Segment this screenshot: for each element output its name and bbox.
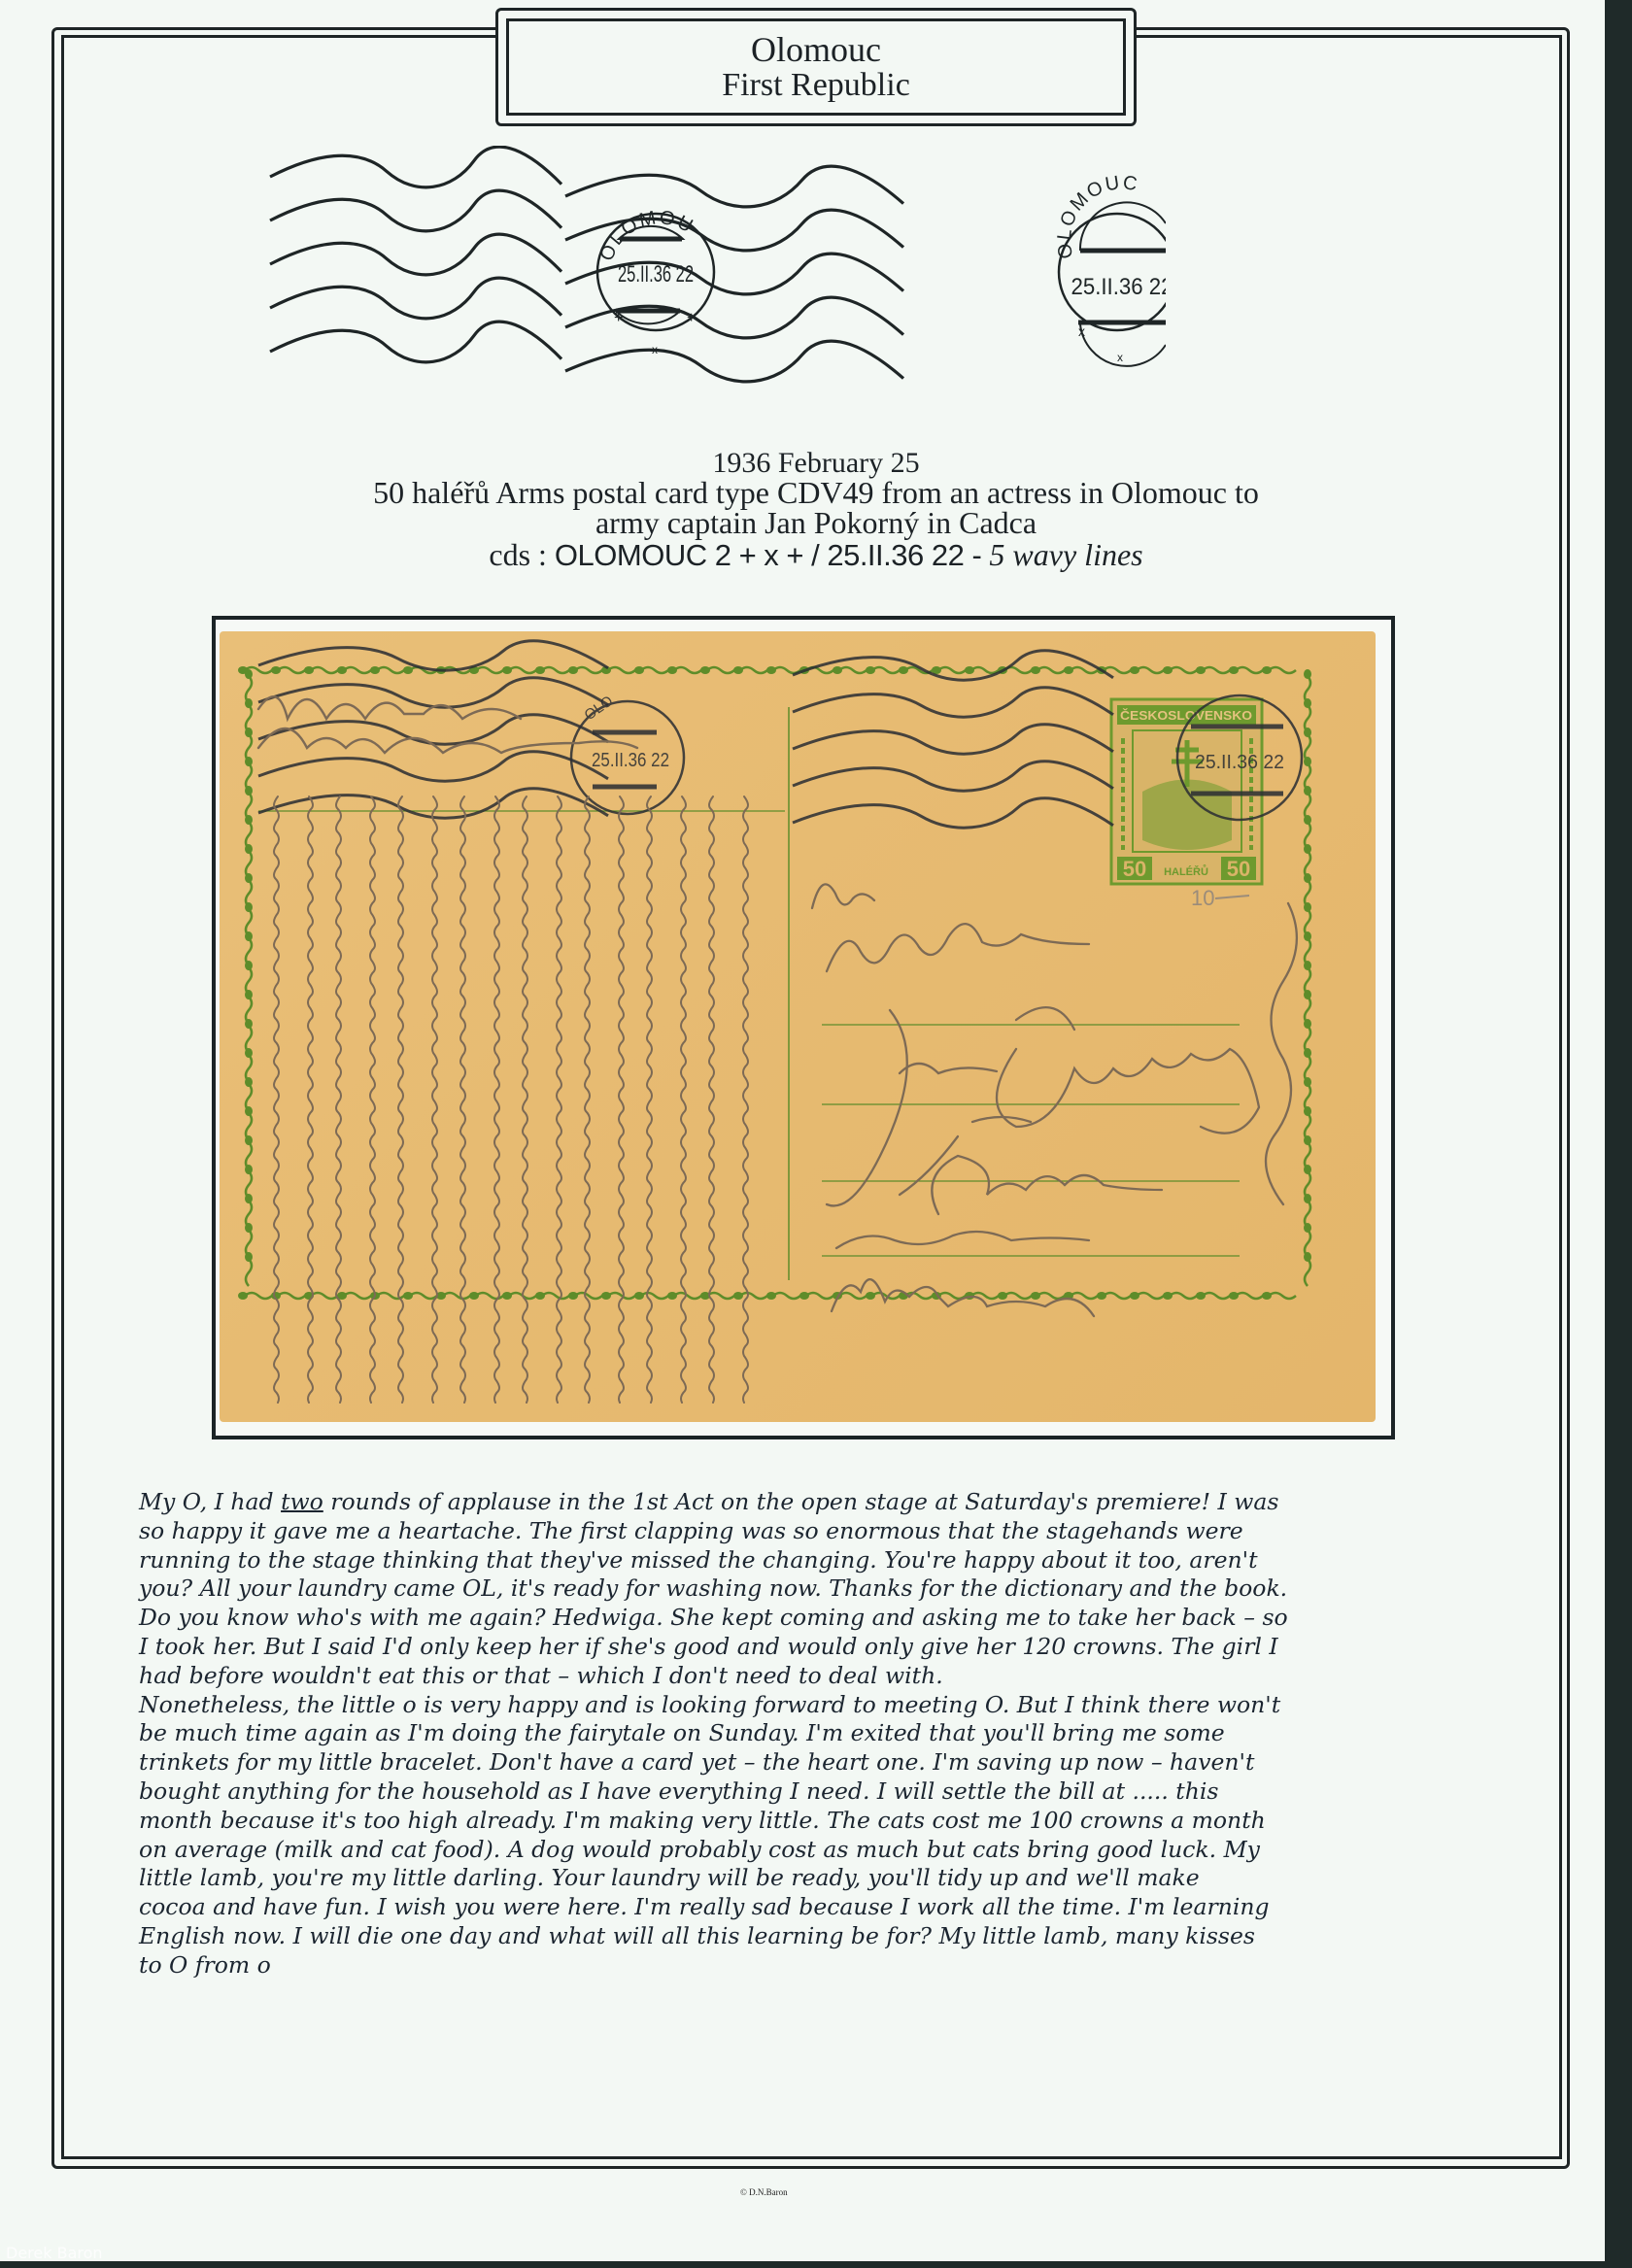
watermark: Derek Baron xyxy=(6,2244,103,2262)
svg-text:x: x xyxy=(1078,323,1085,339)
postal-card-artwork: ČESKOSLOVENSKO 50 50 HALÉŘŮ OLO 25.II.36… xyxy=(220,631,1376,1422)
svg-text:OLOMOUC 2: OLOMOUC 2 xyxy=(262,146,697,264)
svg-text:50: 50 xyxy=(1123,857,1146,881)
cds-line: cds : OLOMOUC 2 + x + / 25.II.36 22 - 5 … xyxy=(146,538,1486,572)
letter-line: Nonetheless, the little o is very happy … xyxy=(139,1691,1445,1720)
letter-line: trinkets for my little bracelet. Don't h… xyxy=(139,1748,1445,1777)
scan-edge-right xyxy=(1605,0,1632,2268)
postmark-2: OLOMOUC 25.II.36 22 x x xyxy=(1054,172,1175,366)
cds-value: OLOMOUC 2 + x + / 25.II.36 22 xyxy=(555,538,964,572)
letter-line: bought anything for the household as I h… xyxy=(139,1777,1445,1807)
letter-line: on average (milk and cat food). A dog wo… xyxy=(139,1836,1445,1865)
copyright-notice: © D.N.Baron xyxy=(740,2187,788,2197)
letter-transcription: My O, I had two rounds of applause in th… xyxy=(139,1488,1445,1980)
item-description: 1936 February 25 50 haléřů Arms postal c… xyxy=(146,449,1486,572)
cds-label: cds : xyxy=(489,537,555,572)
letter-line: you? All your laundry came OL, it's read… xyxy=(139,1574,1445,1604)
letter-line: so happy it gave me a heartache. The fir… xyxy=(139,1517,1445,1546)
letter-line: running to the stage thinking that they'… xyxy=(139,1546,1445,1575)
pencil-note: 10 xyxy=(1191,886,1214,910)
page-subtitle: First Republic xyxy=(722,68,910,103)
letter-line: I took her. But I said I'd only keep her… xyxy=(139,1633,1445,1662)
wavy-lines-icon xyxy=(270,147,561,362)
svg-text:25.II.36 22: 25.II.36 22 xyxy=(1195,752,1284,773)
svg-text:ČESKOSLOVENSKO: ČESKOSLOVENSKO xyxy=(1120,708,1252,723)
letter-line: be much time again as I'm doing the fair… xyxy=(139,1719,1445,1748)
page-title-box: Olomouc First Republic xyxy=(495,8,1137,126)
letter-line: little lamb, you're my little darling. Y… xyxy=(139,1864,1445,1893)
svg-text:x: x xyxy=(1117,351,1123,364)
letter-line: to O from o xyxy=(139,1951,1445,1980)
cds-separator: - xyxy=(964,538,989,572)
letter-line: cocoa and have fun. I wish you were here… xyxy=(139,1893,1445,1922)
page-title: Olomouc xyxy=(751,31,881,68)
svg-text:50: 50 xyxy=(1227,857,1250,881)
svg-text:HALÉŘŮ: HALÉŘŮ xyxy=(1164,864,1208,878)
cancellation-illustration: OLOMOUC 2 25.II.36 22 + + x OLOMOUC 25.I… xyxy=(262,146,1370,389)
letter-line: Do you know who's with me again? Hedwiga… xyxy=(139,1604,1445,1633)
address-handwriting xyxy=(812,884,1297,1316)
letter-line: month because it's too high already. I'm… xyxy=(139,1807,1445,1836)
svg-text:+: + xyxy=(614,310,623,326)
svg-text:25.II.36 22: 25.II.36 22 xyxy=(1071,274,1173,300)
svg-text:25.II.36 22: 25.II.36 22 xyxy=(592,750,669,771)
item-description-line: army captain Jan Pokorný in Cadca xyxy=(146,508,1486,538)
letter-line: English now. I will die one day and what… xyxy=(139,1922,1445,1951)
svg-text:OLO: OLO xyxy=(582,693,617,724)
letter-line: My O, I had two rounds of applause in th… xyxy=(139,1488,1445,1517)
cds-note: 5 wavy lines xyxy=(989,537,1142,572)
item-date: 1936 February 25 xyxy=(146,449,1486,478)
item-description-line: 50 haléřů Arms postal card type CDV49 fr… xyxy=(146,478,1486,508)
message-handwriting xyxy=(274,796,748,1403)
scan-edge-bottom xyxy=(0,2261,1632,2268)
letter-line: had before wouldn't eat this or that – w… xyxy=(139,1662,1445,1691)
